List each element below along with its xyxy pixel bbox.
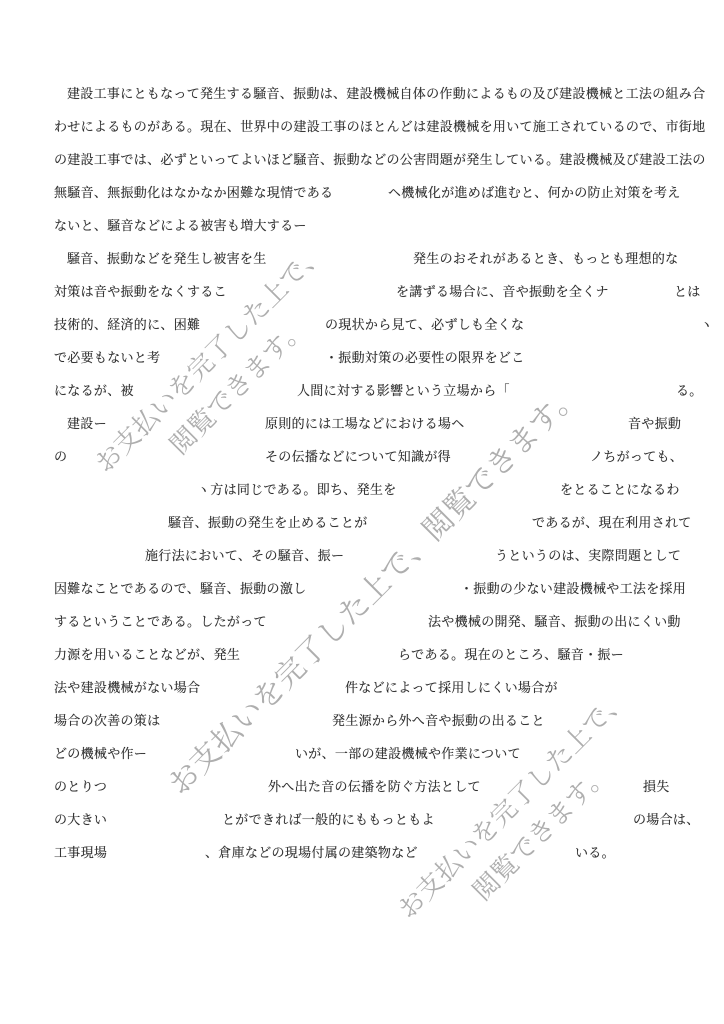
text-segment: であるが、現在利用されて [532,515,692,531]
text-segment: その伝播などについて知識が得 [265,449,451,465]
text-segment: をとることになるわ [560,482,680,498]
text-segment: る。 [676,383,703,399]
text-segment: するということである。したがって [54,614,267,630]
text-line: 騒音、振動の発生を止めることがであるが、現在利用されて [0,515,724,533]
text-line: 技術的、経済的に、困難の現状から見て、必ずしも全くなヽ [0,317,724,335]
text-segment: 技術的、経済的に、困難 [54,317,200,333]
text-line: どの機械や作ーいが、一部の建設機械や作業について [0,746,724,764]
text-line: 建設工事にともなって発生する騒音、振動は、建設機械自体の作動によるもの及び建設機… [0,86,724,104]
text-segment: ・振動対策の必要性の限界をどこ [325,350,525,366]
text-segment: 建設工事にともなって発生する騒音、振動は、建設機械自体の作動によるもの及び建設機… [67,86,705,102]
text-segment: 、倉庫などの現場付属の建築物など [205,845,418,861]
text-line: になるが、被人間に対する影響という立場から「る。 [0,383,724,401]
text-line: 場合の次善の策は発生源から外へ音や振動の出ること [0,713,724,731]
text-segment: いが、一部の建設機械や作業について [295,746,521,762]
text-segment: 件などによって採用しにくい場合が [345,680,558,696]
text-segment: 音や振動 [628,416,681,432]
text-line: 力源を用いることなどが、発生らである。現在のところ、騒音・振ー [0,647,724,665]
text-segment: の建設工事では、必ずといってよいほど騒音、振動などの公害問題が発生している。建設… [54,152,706,168]
text-line: 施行法において、その騒音、振ーうというのは、実際問題として [0,548,724,566]
text-segment: 発生源から外へ音や振動の出ること [332,713,545,729]
text-segment: で必要もないと考 [54,350,160,366]
text-segment: 場合の次善の策は [54,713,160,729]
text-segment: 建設ー [67,416,107,432]
text-segment: 人間に対する影響という立場から「 [297,383,510,399]
text-segment: とは [674,284,701,300]
text-segment: のとりつ [54,779,107,795]
text-segment: の場合は、 [633,812,700,828]
text-segment: 法や機械の開発、騒音、振動の出にくい動 [428,614,681,630]
text-segment: 騒音、振動の発生を止めることが [168,515,368,531]
text-line: 工事現場、倉庫などの現場付属の建築物などいる。 [0,845,724,863]
text-segment: を講ずる場合に、音や振動を全くナ [396,284,609,300]
text-segment: ないと、騒音などによる被害も増大するー [54,218,307,234]
text-segment: 原則的には工場などにおける場ヘ [265,416,465,432]
text-segment: の [54,449,67,465]
scanned-document-page: お支払いを完了した上で、閲覧できます。お支払いを完了した上で、閲覧できます。お支… [0,0,724,1024]
text-line: で必要もないと考・振動対策の必要性の限界をどこ [0,350,724,368]
text-segment: ヘ機械化が進めば進むと、何かの防止対策を考え [388,185,681,201]
text-segment: の大きい [54,812,107,828]
text-line: の大きいとができれば一般的にももっともよの場合は、 [0,812,724,830]
text-segment: の現状から見て、必ずしも全くな [325,317,524,333]
text-line: ヽ方は同じである。即ち、発生ををとることになるわ [0,482,724,500]
text-line: のその伝播などについて知識が得ノちがっても、 [0,449,724,467]
text-line: のとりつ外へ出た音の伝播を防ぐ方法として損失 [0,779,724,797]
text-line: の建設工事では、必ずといってよいほど騒音、振動などの公害問題が発生している。建設… [0,152,724,170]
text-segment: いる。 [575,845,615,861]
text-segment: どの機械や作ー [54,746,147,762]
text-segment: 工事現場 [54,845,107,861]
text-segment: 騒音、振動などを発生し被害を生 [67,251,267,267]
text-line: 法や建設機械がない場合件などによって採用しにくい場合が [0,680,724,698]
text-segment: ・振動の少ない建設機械や工法を採用 [460,581,686,597]
text-segment: 因難なことであるので、騒音、振動の激し [54,581,306,597]
text-line: 騒音、振動などを発生し被害を生発生のおそれがあるとき、もっとも理想的な [0,251,724,269]
text-segment: になるが、被 [54,383,134,399]
text-segment: 施行法において、その騒音、振ー [145,548,344,564]
text-segment: ヽ [700,317,713,333]
text-segment: 発生のおそれがあるとき、もっとも理想的な [413,251,678,267]
text-line: 建設ー原則的には工場などにおける場ヘ音や振動 [0,416,724,434]
text-segment: 無騒音、無振動化はなかなか困難な現情である [54,185,333,201]
text-segment: 外へ出た音の伝播を防ぐ方法として [268,779,481,795]
text-segment: ヽ方は同じである。即ち、発生を [197,482,397,498]
text-segment: らである。現在のところ、騒音・振ー [398,647,624,663]
text-segment: うというのは、実際問題として [495,548,681,564]
text-segment: 損失 [643,779,670,795]
text-line: 対策は音や振動をなくするこを講ずる場合に、音や振動を全くナとは [0,284,724,302]
text-segment: 力源を用いることなどが、発生 [54,647,240,663]
text-segment: 対策は音や振動をなくするこ [54,284,227,300]
text-segment: 法や建設機械がない場合 [54,680,200,696]
document-text-layer: 建設工事にともなって発生する騒音、振動は、建設機械自体の作動によるもの及び建設機… [0,0,724,1024]
text-line: 無騒音、無振動化はなかなか困難な現情であるヘ機械化が進めば進むと、何かの防止対策… [0,185,724,203]
text-segment: わせによるものがある。現在、世界中の建設工事のほとんどは建設機械を用いて施工され… [54,119,705,135]
text-line: ないと、騒音などによる被害も増大するー [0,218,724,236]
text-line: するということである。したがって法や機械の開発、騒音、振動の出にくい動 [0,614,724,632]
text-line: わせによるものがある。現在、世界中の建設工事のほとんどは建設機械を用いて施工され… [0,119,724,137]
text-line: 因難なことであるので、騒音、振動の激し・振動の少ない建設機械や工法を採用 [0,581,724,599]
text-segment: とができれば一般的にももっともよ [222,812,435,828]
text-segment: ノちがっても、 [590,449,683,465]
